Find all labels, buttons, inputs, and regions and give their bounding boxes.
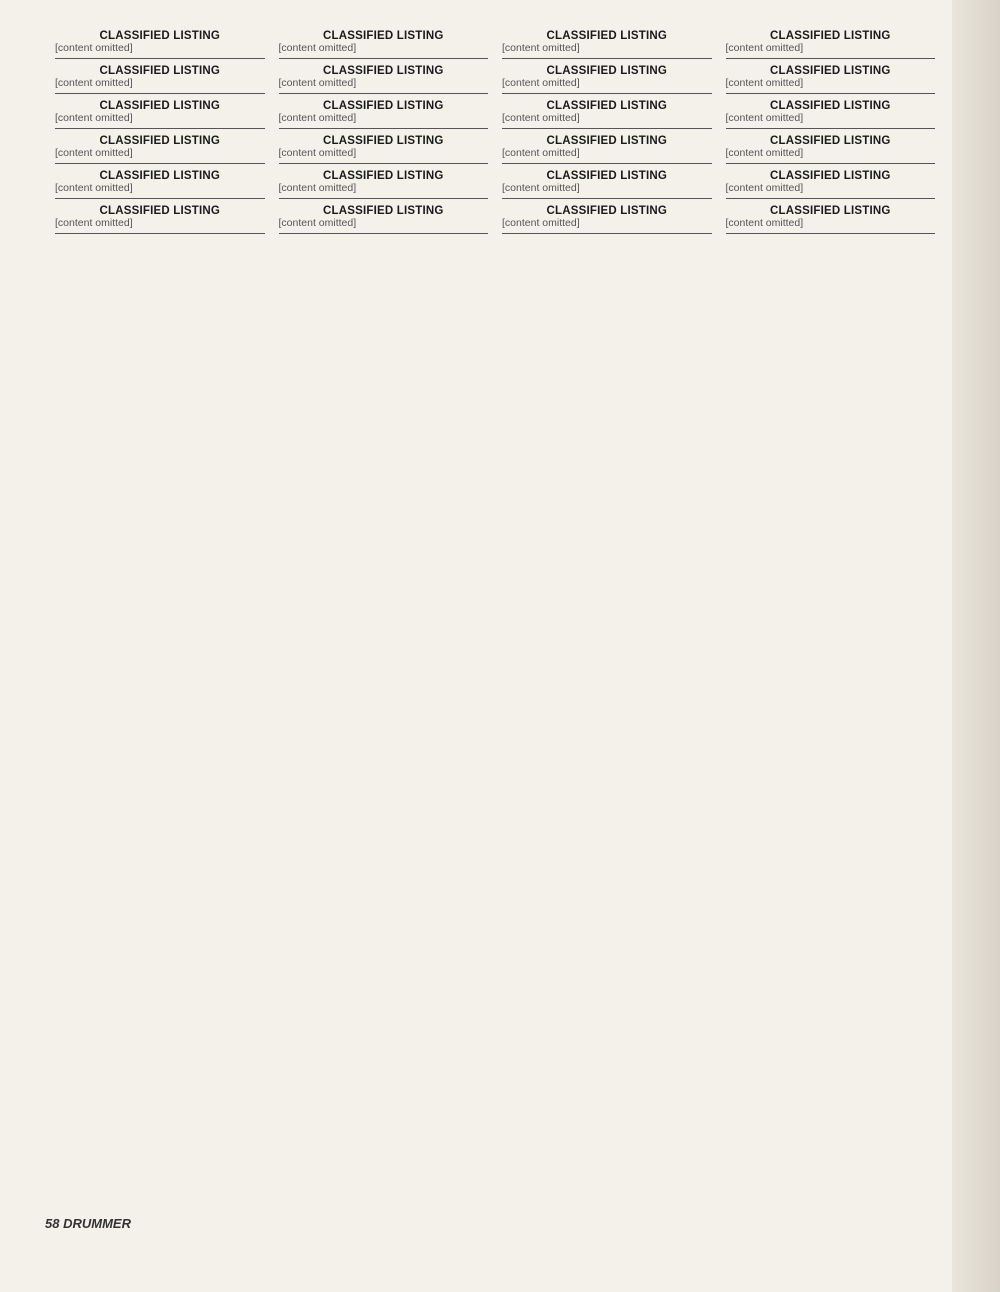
classified-ad: Classified listing[content omitted] bbox=[279, 170, 489, 199]
classified-ad: Classified listing[content omitted] bbox=[55, 135, 265, 164]
ad-body: [content omitted] bbox=[55, 42, 265, 54]
ad-heading: Classified listing bbox=[55, 135, 265, 147]
classified-ad: Classified listing[content omitted] bbox=[726, 170, 936, 199]
column-2: Classified listing[content omitted]Class… bbox=[279, 30, 489, 1230]
ad-body: [content omitted] bbox=[279, 147, 489, 159]
classified-ad: Classified listing[content omitted] bbox=[502, 170, 712, 199]
classified-ad: Classified listing[content omitted] bbox=[279, 65, 489, 94]
ad-body: [content omitted] bbox=[502, 217, 712, 229]
ad-heading: Classified listing bbox=[279, 205, 489, 217]
ad-body: [content omitted] bbox=[502, 77, 712, 89]
classified-ad: Classified listing[content omitted] bbox=[502, 30, 712, 59]
classified-ad: Classified listing[content omitted] bbox=[502, 205, 712, 234]
classified-ad: Classified listing[content omitted] bbox=[726, 30, 936, 59]
ad-heading: Classified listing bbox=[279, 135, 489, 147]
ad-body: [content omitted] bbox=[279, 182, 489, 194]
ad-body: [content omitted] bbox=[726, 112, 936, 124]
ad-heading: Classified listing bbox=[726, 170, 936, 182]
classified-ad: Classified listing[content omitted] bbox=[279, 30, 489, 59]
ad-body: [content omitted] bbox=[55, 217, 265, 229]
ad-body: [content omitted] bbox=[726, 217, 936, 229]
classified-ad: Classified listing[content omitted] bbox=[55, 170, 265, 199]
ad-heading: Classified listing bbox=[502, 135, 712, 147]
ad-heading: Classified listing bbox=[55, 205, 265, 217]
ad-body: [content omitted] bbox=[502, 182, 712, 194]
ad-body: [content omitted] bbox=[726, 42, 936, 54]
classifieds-page: Classified listing[content omitted]Class… bbox=[55, 30, 935, 1230]
ad-heading: Classified listing bbox=[502, 100, 712, 112]
classified-ad: Classified listing[content omitted] bbox=[726, 100, 936, 129]
classified-ad: Classified listing[content omitted] bbox=[55, 205, 265, 234]
classified-ad: Classified listing[content omitted] bbox=[726, 205, 936, 234]
classified-ad: Classified listing[content omitted] bbox=[726, 65, 936, 94]
ad-body: [content omitted] bbox=[55, 182, 265, 194]
ad-heading: Classified listing bbox=[279, 65, 489, 77]
ad-heading: Classified listing bbox=[726, 135, 936, 147]
classified-ad: Classified listing[content omitted] bbox=[279, 135, 489, 164]
classified-ad: Classified listing[content omitted] bbox=[55, 65, 265, 94]
ad-heading: Classified listing bbox=[279, 30, 489, 42]
ad-body: [content omitted] bbox=[279, 77, 489, 89]
classified-ad: Classified listing[content omitted] bbox=[279, 205, 489, 234]
ad-heading: Classified listing bbox=[726, 30, 936, 42]
ad-body: [content omitted] bbox=[502, 42, 712, 54]
ad-body: [content omitted] bbox=[726, 77, 936, 89]
ad-body: [content omitted] bbox=[55, 77, 265, 89]
ad-heading: Classified listing bbox=[279, 170, 489, 182]
ad-heading: Classified listing bbox=[726, 100, 936, 112]
ad-heading: Classified listing bbox=[55, 100, 265, 112]
ad-heading: Classified listing bbox=[55, 30, 265, 42]
ad-body: [content omitted] bbox=[726, 182, 936, 194]
ad-heading: Classified listing bbox=[502, 170, 712, 182]
publication-name: DRUMMER bbox=[63, 1216, 131, 1231]
ad-body: [content omitted] bbox=[502, 112, 712, 124]
classified-ad: Classified listing[content omitted] bbox=[279, 100, 489, 129]
classified-ad: Classified listing[content omitted] bbox=[502, 135, 712, 164]
ad-heading: Classified listing bbox=[502, 30, 712, 42]
ad-body: [content omitted] bbox=[55, 112, 265, 124]
column-4: Classified listing[content omitted]Class… bbox=[726, 30, 936, 1230]
ad-body: [content omitted] bbox=[726, 147, 936, 159]
ad-heading: Classified listing bbox=[55, 170, 265, 182]
classified-ad: Classified listing[content omitted] bbox=[502, 100, 712, 129]
ad-heading: Classified listing bbox=[55, 65, 265, 77]
ad-body: [content omitted] bbox=[279, 112, 489, 124]
ad-heading: Classified listing bbox=[502, 65, 712, 77]
ad-heading: Classified listing bbox=[279, 100, 489, 112]
classified-ad: Classified listing[content omitted] bbox=[726, 135, 936, 164]
ad-body: [content omitted] bbox=[55, 147, 265, 159]
classified-ad: Classified listing[content omitted] bbox=[55, 30, 265, 59]
page-number: 58 bbox=[45, 1216, 59, 1231]
page-edge bbox=[952, 0, 1000, 1292]
ad-heading: Classified listing bbox=[726, 205, 936, 217]
ad-body: [content omitted] bbox=[502, 147, 712, 159]
classified-ad: Classified listing[content omitted] bbox=[502, 65, 712, 94]
ad-heading: Classified listing bbox=[726, 65, 936, 77]
ad-body: [content omitted] bbox=[279, 217, 489, 229]
ad-body: [content omitted] bbox=[279, 42, 489, 54]
ad-heading: Classified listing bbox=[502, 205, 712, 217]
page-footer: 58 DRUMMER bbox=[45, 1216, 131, 1231]
classified-ad: Classified listing[content omitted] bbox=[55, 100, 265, 129]
column-1: Classified listing[content omitted]Class… bbox=[55, 30, 265, 1230]
column-3: Classified listing[content omitted]Class… bbox=[502, 30, 712, 1230]
